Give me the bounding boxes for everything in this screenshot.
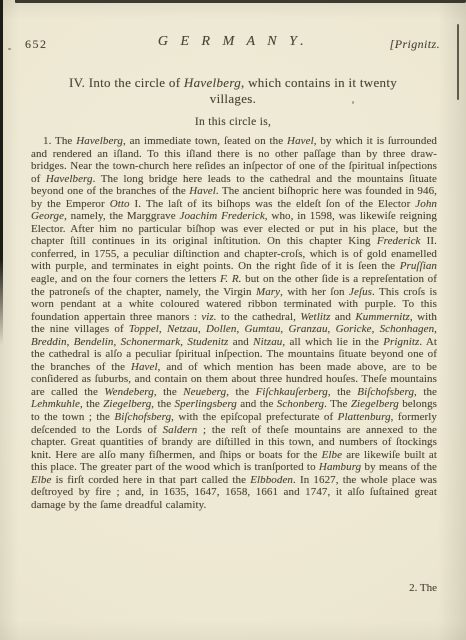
scan-edge-top: [15, 0, 466, 3]
book-page: 652 G E R M A N Y. [Prignitz. IV. Into t…: [0, 0, 466, 640]
header-section-label: [Prignitz.: [390, 37, 440, 52]
section-heading-line1: IV. Into the circle of Havelberg, which …: [40, 75, 426, 91]
section-subheading: In this circle is,: [0, 116, 466, 128]
section-heading-line2: villages.: [40, 91, 426, 107]
body-paragraph: 1. The Havelberg, an immediate town, ſea…: [31, 135, 437, 511]
scan-edge-left: [0, 0, 3, 345]
section-heading: IV. Into the circle of Havelberg, which …: [40, 75, 426, 106]
catchword: 2. The: [409, 582, 437, 594]
